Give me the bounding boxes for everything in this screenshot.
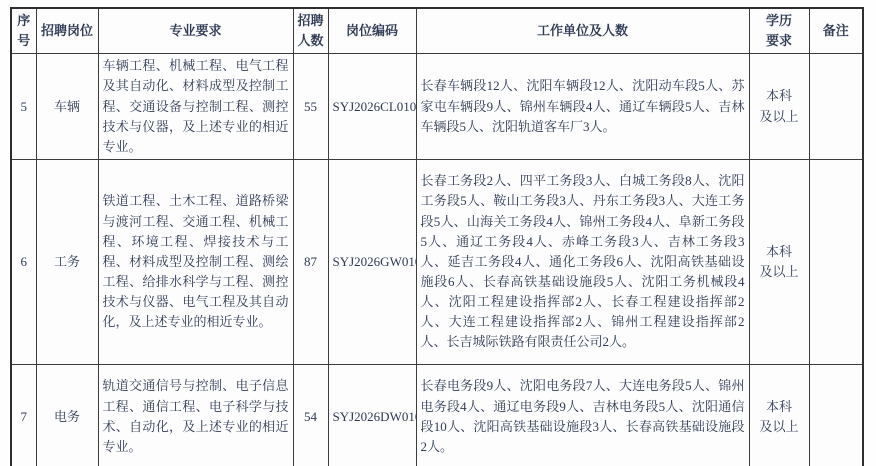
cell-major: 铁道工程、土木工程、道路桥梁与渡河工程、交通工程、机械工程、环境工程、焊接技术与… <box>98 159 293 364</box>
header-education: 学历 要求 <box>749 8 809 54</box>
cell-remarks <box>809 364 863 466</box>
cell-position: 车辆 <box>36 54 98 160</box>
cell-work-units: 长春电务段9人、沈阳电务段7人、大连电务段5人、锦州电务段4人、通辽电务段9人、… <box>416 364 749 466</box>
header-position: 招聘岗位 <box>36 8 98 54</box>
cell-headcount: 54 <box>293 364 328 466</box>
header-units: 工作单位及人数 <box>416 8 749 54</box>
table-row: 6 工务 铁道工程、土木工程、道路桥梁与渡河工程、交通工程、机械工程、环境工程、… <box>11 159 863 364</box>
cell-seq: 5 <box>11 54 36 160</box>
cell-position: 电务 <box>36 364 98 466</box>
cell-headcount: 55 <box>293 54 328 160</box>
cell-work-units: 长春车辆段12人、沈阳车辆段12人、沈阳动车段5人、苏家屯车辆段9人、锦州车辆段… <box>416 54 749 160</box>
cell-work-units: 长春工务段2人、四平工务段3人、白城工务段8人、沈阳工务段5人、鞍山工务段3人、… <box>416 159 749 364</box>
header-headcount: 招聘 人数 <box>293 8 328 54</box>
header-code: 岗位编码 <box>328 8 416 54</box>
cell-seq: 7 <box>11 364 36 466</box>
cell-headcount: 87 <box>293 159 328 364</box>
recruitment-table: 序 号 招聘岗位 专业要求 招聘 人数 岗位编码 工作单位及人数 学历 要求 备… <box>10 7 864 466</box>
cell-job-code: SYJ2026CL0101 <box>328 54 416 160</box>
cell-job-code: SYJ2026GW0101 <box>328 159 416 364</box>
cell-seq: 6 <box>11 159 36 364</box>
cell-major: 车辆工程、机械工程、电气工程及其自动化、材料成型及控制工程、交通设备与控制工程、… <box>98 54 293 160</box>
cell-education: 本科 及以上 <box>749 159 809 364</box>
table-row: 5 车辆 车辆工程、机械工程、电气工程及其自动化、材料成型及控制工程、交通设备与… <box>11 54 863 160</box>
header-major: 专业要求 <box>98 8 293 54</box>
cell-remarks <box>809 159 863 364</box>
cell-education: 本科 及以上 <box>749 54 809 160</box>
cell-education: 本科 及以上 <box>749 364 809 466</box>
cell-major: 轨道交通信号与控制、电子信息工程、通信工程、电子科学与技术、自动化，及上述专业的… <box>98 364 293 466</box>
document-page: 序 号 招聘岗位 专业要求 招聘 人数 岗位编码 工作单位及人数 学历 要求 备… <box>0 0 876 466</box>
table-row: 7 电务 轨道交通信号与控制、电子信息工程、通信工程、电子科学与技术、自动化，及… <box>11 364 863 466</box>
cell-position: 工务 <box>36 159 98 364</box>
table-header-row: 序 号 招聘岗位 专业要求 招聘 人数 岗位编码 工作单位及人数 学历 要求 备… <box>11 8 863 54</box>
header-seq: 序 号 <box>11 8 36 54</box>
cell-job-code: SYJ2026DW0101 <box>328 364 416 466</box>
header-remarks: 备注 <box>809 8 863 54</box>
cell-remarks <box>809 54 863 160</box>
